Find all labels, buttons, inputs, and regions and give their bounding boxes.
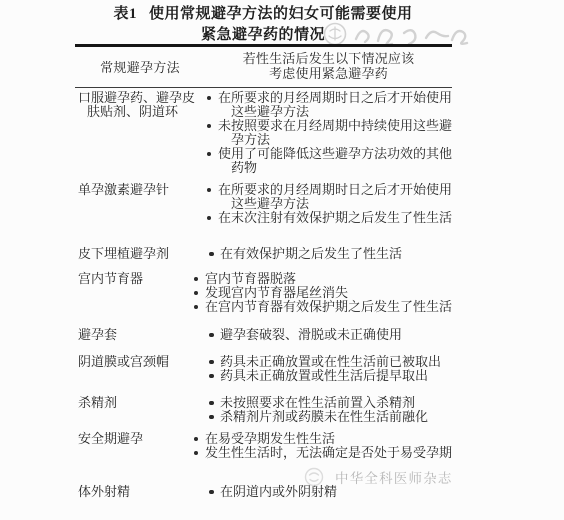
method-cell: 杀精剂 [75,396,205,424]
bullet-line: 在宫内节育器有效保护期之后发生了性生活 [205,300,452,314]
method-line: 口服避孕药、避孕皮 [78,91,203,105]
method-line: 避孕套 [78,328,205,342]
bullet-line: 在有效保护期之后发生了性生活 [220,247,452,261]
table-row: 皮下埋植避孕剂在有效保护期之后发生了性生活 [75,247,452,261]
bullet-line: 药物 [218,161,452,175]
journal-seal-icon [303,466,325,488]
bullet-icon [207,124,212,129]
journal-watermark: 中华全科医师杂志 [303,466,453,488]
bullet-item: 在宫内节育器有效保护期之后发生了性生活 [190,300,452,314]
bullet-icon [207,216,212,221]
bullet-item: 杀精剂片剂或药膜未在性生活前融化 [205,410,452,424]
bullet-item: 发现宫内节育器尾丝消失 [190,286,452,300]
bullet-item: 未按照要求在月经周期中持续使用这些避孕方法 [203,119,452,147]
bullet-icon [194,305,199,310]
bullet-item: 宫内节育器脱落 [190,272,452,286]
bullet-icon [209,490,214,495]
bullet-icon [209,360,214,365]
method-line: 体外射精 [78,485,205,499]
bullet-item: 未按照要求在性生活前置入杀精剂 [205,396,452,410]
bullet-line: 未按照要求在性生活前置入杀精剂 [220,396,452,410]
situations-cell: 药具未正确放置或在性生活前已被取出药具未正确放置或性生活后提早取出 [205,355,452,383]
method-line: 宫内节育器 [78,272,190,286]
bullet-icon [209,401,214,406]
situations-cell: 宫内节育器脱落发现宫内节育器尾丝消失在宫内节育器有效保护期之后发生了性生活 [190,272,452,314]
table-row: 宫内节育器宫内节育器脱落发现宫内节育器尾丝消失在宫内节育器有效保护期之后发生了性… [75,272,452,314]
bullet-icon [194,451,199,456]
bullet-line: 使用了可能降低这些避孕方法功效的其他 [218,147,452,161]
bullet-line: 未按照要求在月经周期中持续使用这些避 [218,119,452,133]
table-row: 杀精剂未按照要求在性生活前置入杀精剂杀精剂片剂或药膜未在性生活前融化 [75,396,452,424]
method-cell: 安全期避孕 [75,432,190,460]
method-line: 杀精剂 [78,396,205,410]
header-situations-line1: 若性生活后发生以下情况应该 [205,52,452,67]
bullet-line: 在所要求的月经周期时日之后才开始使用 [218,183,452,197]
method-line: 单孕激素避孕针 [78,183,203,197]
method-line: 皮下埋植避孕剂 [78,247,205,261]
table-body: 口服避孕药、避孕皮肤贴剂、阴道环在所要求的月经周期时日之后才开始使用这些避孕方法… [75,88,452,499]
page: 表1使用常规避孕方法的妇女可能需要使用 紧急避孕药的情况 常规避孕方法 若性生活… [0,0,564,520]
bullet-icon [207,188,212,193]
journal-watermark-text: 中华全科医师杂志 [335,467,453,487]
bullet-line: 孕方法 [218,133,452,147]
situations-cell: 在所要求的月经周期时日之后才开始使用这些避孕方法在末次注射有效保护期之后发生了性… [203,183,452,225]
table-row: 安全期避孕在易受孕期发生性生活发生性生活时，无法确定是否处于易受孕期 [75,432,452,460]
situations-cell: 在有效保护期之后发生了性生活 [205,247,452,261]
method-cell: 皮下埋植避孕剂 [75,247,205,261]
bullet-item: 避孕套破裂、滑脱或未正确使用 [205,328,452,342]
method-cell: 体外射精 [75,485,205,499]
bullet-line: 避孕套破裂、滑脱或未正确使用 [220,328,452,342]
bullet-line: 这些避孕方法 [218,105,452,119]
header-methods-column: 常规避孕方法 [75,57,205,76]
bullet-icon [209,333,214,338]
bullet-item: 在所要求的月经周期时日之后才开始使用这些避孕方法 [203,183,452,211]
table-row: 避孕套避孕套破裂、滑脱或未正确使用 [75,328,452,342]
table-row: 单孕激素避孕针在所要求的月经周期时日之后才开始使用这些避孕方法在末次注射有效保护… [75,183,452,225]
bullet-item: 药具未正确放置或在性生活前已被取出 [205,355,452,369]
bullet-line: 在易受孕期发生性生活 [205,432,452,446]
header-situations-line2: 考虑使用紧急避孕药 [205,67,452,82]
bullet-item: 药具未正确放置或性生活后提早取出 [205,369,452,383]
bullet-line: 发现宫内节育器尾丝消失 [205,286,452,300]
bullet-line: 宫内节育器脱落 [205,272,452,286]
method-cell: 单孕激素避孕针 [75,183,203,225]
bullet-item: 在末次注射有效保护期之后发生了性生活 [203,211,452,225]
bullet-item: 在易受孕期发生性生活 [190,432,452,446]
method-line: 肤贴剂、阴道环 [78,105,203,119]
situations-cell: 在所要求的月经周期时日之后才开始使用这些避孕方法未按照要求在月经周期中持续使用这… [203,91,452,175]
bullet-icon [209,252,214,257]
bullet-line: 发生性生活时，无法确定是否处于易受孕期 [205,446,452,460]
table-header: 常规避孕方法 若性生活后发生以下情况应该 考虑使用紧急避孕药 [75,47,452,88]
bullet-icon [209,374,214,379]
bullet-item: 发生性生活时，无法确定是否处于易受孕期 [190,446,452,460]
bullet-icon [209,415,214,420]
method-cell: 宫内节育器 [75,272,190,314]
bullet-icon [194,437,199,442]
bullet-line: 药具未正确放置或在性生活前已被取出 [220,355,452,369]
contraception-table: 常规避孕方法 若性生活后发生以下情况应该 考虑使用紧急避孕药 口服避孕药、避孕皮… [75,44,452,499]
bullet-line: 药具未正确放置或性生活后提早取出 [220,369,452,383]
header-situations-column: 若性生活后发生以下情况应该 考虑使用紧急避孕药 [205,52,452,81]
table-row: 口服避孕药、避孕皮肤贴剂、阴道环在所要求的月经周期时日之后才开始使用这些避孕方法… [75,91,452,175]
bullet-icon [194,277,199,282]
bullet-item: 使用了可能降低这些避孕方法功效的其他药物 [203,147,452,175]
bullet-line: 杀精剂片剂或药膜未在性生活前融化 [220,410,452,424]
method-line: 阴道膜或宫颈帽 [78,355,205,369]
bullet-item: 在所要求的月经周期时日之后才开始使用这些避孕方法 [203,91,452,119]
situations-cell: 避孕套破裂、滑脱或未正确使用 [205,328,452,342]
method-cell: 避孕套 [75,328,205,342]
bullet-line: 这些避孕方法 [218,197,452,211]
table-number: 表1 [113,6,137,22]
table-row: 阴道膜或宫颈帽药具未正确放置或在性生活前已被取出药具未正确放置或性生活后提早取出 [75,355,452,383]
bullet-icon [194,291,199,296]
situations-cell: 在易受孕期发生性生活发生性生活时，无法确定是否处于易受孕期 [190,432,452,460]
bullet-line: 在所要求的月经周期时日之后才开始使用 [218,91,452,105]
method-cell: 口服避孕药、避孕皮肤贴剂、阴道环 [75,91,203,175]
bullet-line: 在末次注射有效保护期之后发生了性生活 [218,211,452,225]
situations-cell: 未按照要求在性生活前置入杀精剂杀精剂片剂或药膜未在性生活前融化 [205,396,452,424]
bullet-icon [207,96,212,101]
method-line: 安全期避孕 [78,432,190,446]
bullet-item: 在有效保护期之后发生了性生活 [205,247,452,261]
bullet-icon [207,152,212,157]
method-cell: 阴道膜或宫颈帽 [75,355,205,383]
